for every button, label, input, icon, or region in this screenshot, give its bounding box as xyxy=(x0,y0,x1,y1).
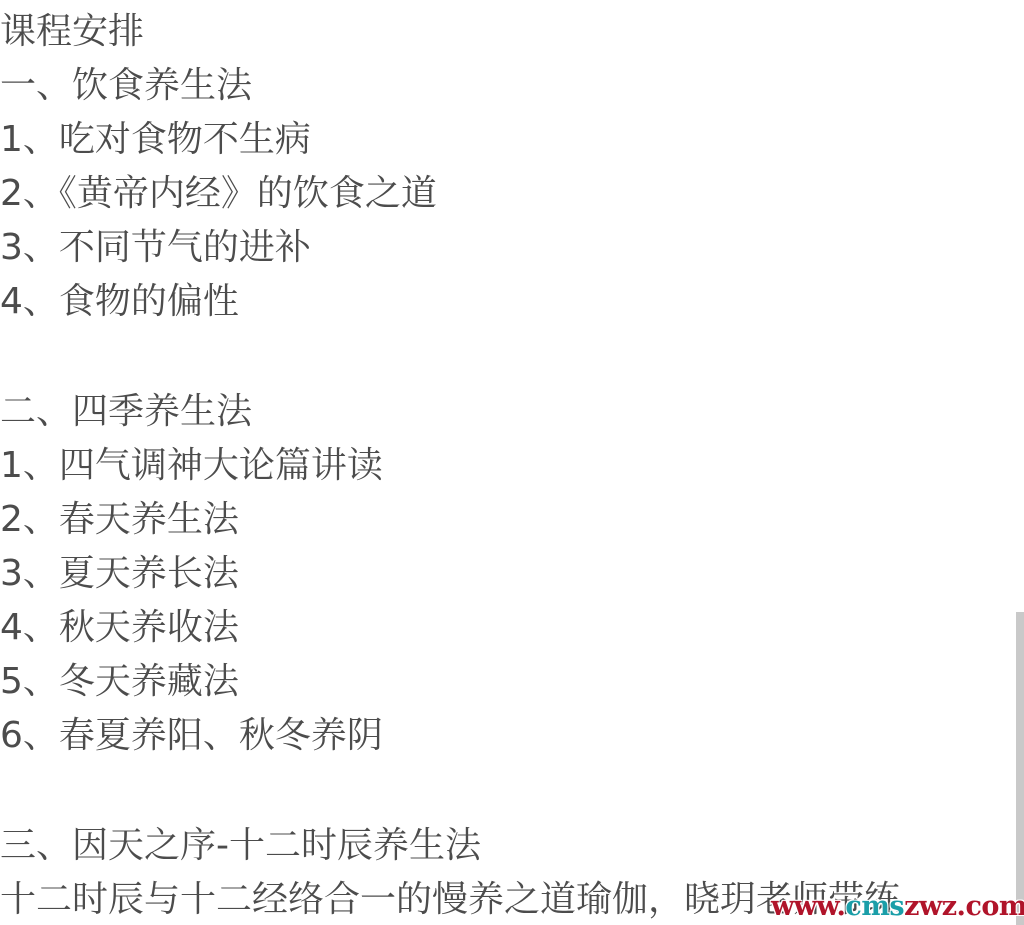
document-title: 课程安排 xyxy=(0,5,144,59)
list-item: 1、四气调神大论篇讲读 xyxy=(0,439,383,493)
list-item: 2、春天养生法 xyxy=(0,493,239,547)
list-item: 十二时辰与十二经络合一的慢养之道瑜伽，晓玥老师带练 xyxy=(0,873,900,925)
watermark-middle: cms xyxy=(845,891,904,922)
watermark-prefix: www. xyxy=(771,891,845,922)
watermark-suffix: zwz.com xyxy=(904,891,1024,922)
list-item: 6、春夏养阳、秋冬养阴 xyxy=(0,709,383,763)
list-item: 5、冬天养藏法 xyxy=(0,655,239,709)
list-item: 4、秋天养收法 xyxy=(0,601,239,655)
list-item: 2、《黄帝内经》的饮食之道 xyxy=(0,167,437,221)
section-heading-twelve-hours: 三、因天之序-十二时辰养生法 xyxy=(0,819,481,873)
section-heading-seasons: 二、四季养生法 xyxy=(0,385,252,439)
list-item: 4、食物的偏性 xyxy=(0,275,239,329)
section-heading-diet: 一、饮食养生法 xyxy=(0,59,252,113)
watermark: www.cmszwz.com xyxy=(771,892,1024,922)
list-item: 3、不同节气的进补 xyxy=(0,221,311,275)
list-item: 3、夏天养长法 xyxy=(0,547,239,601)
scrollbar-thumb[interactable] xyxy=(1016,612,1024,925)
list-item: 1、吃对食物不生病 xyxy=(0,113,311,167)
